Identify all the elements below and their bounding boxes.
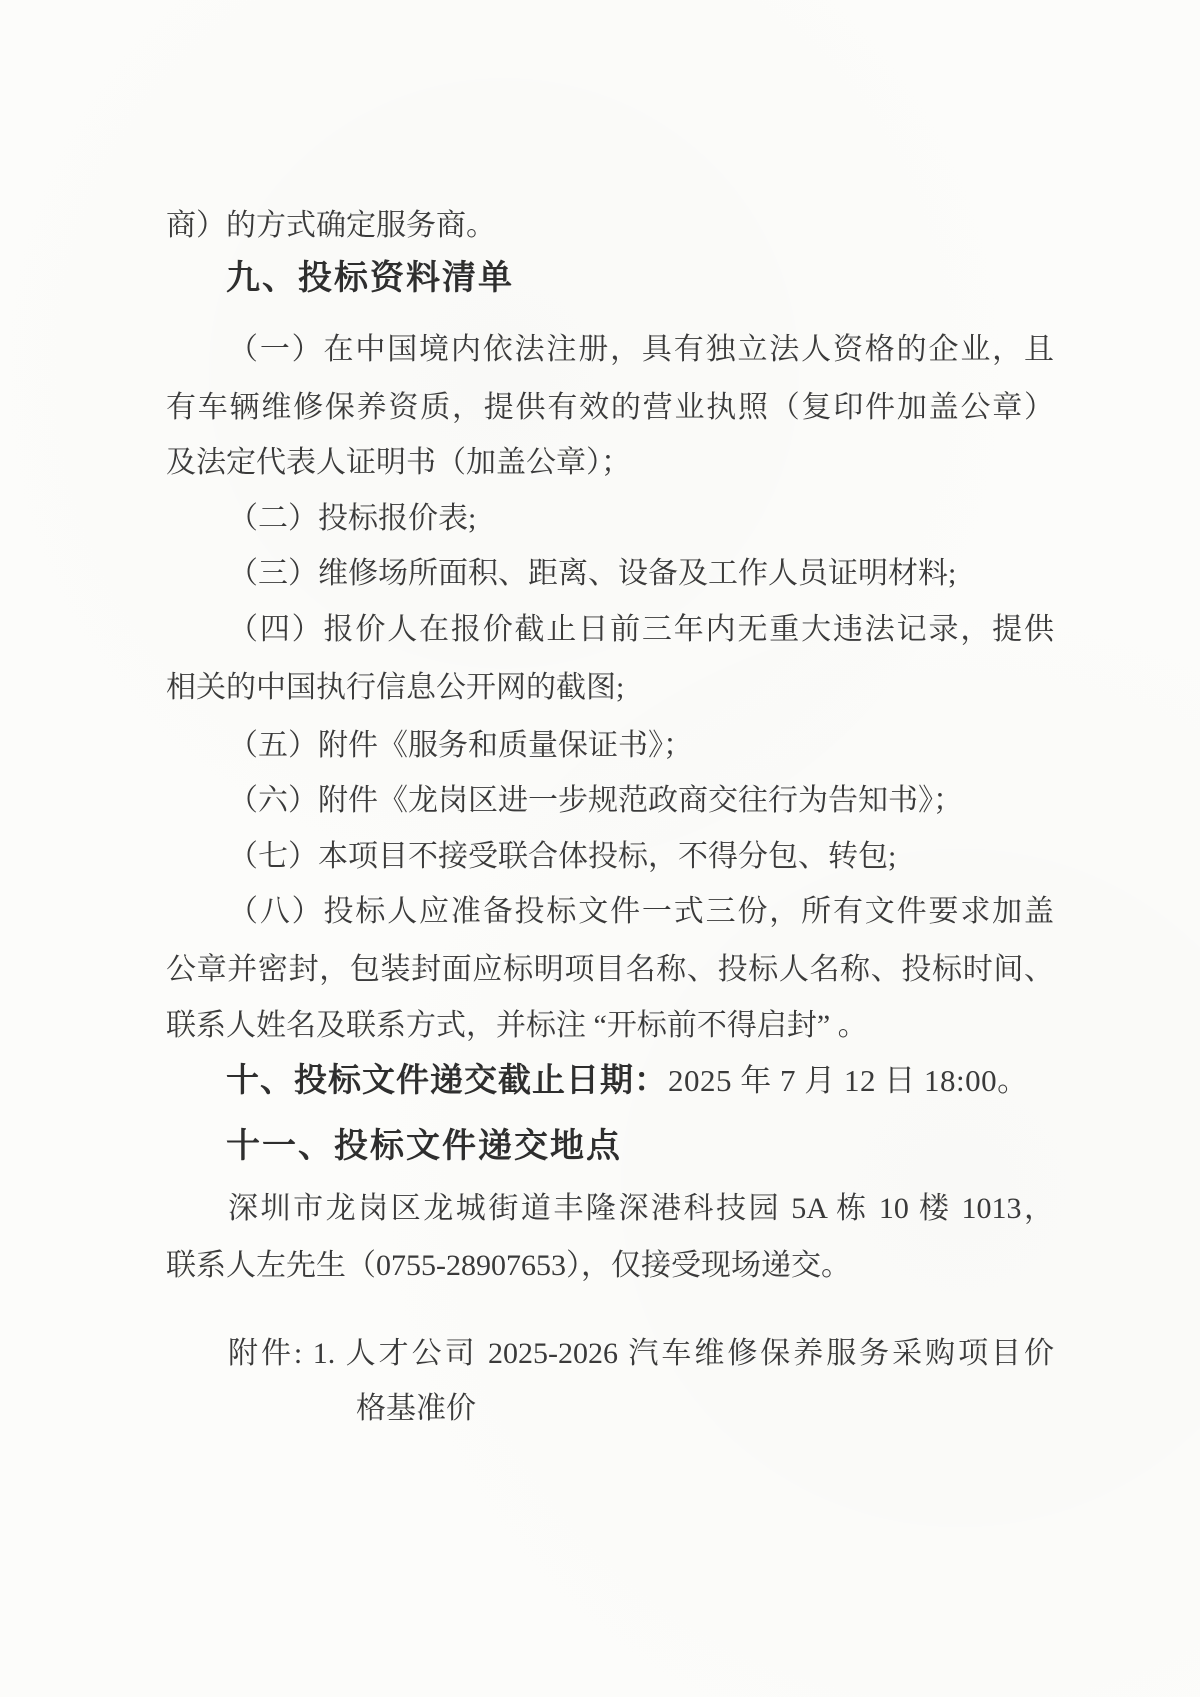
attachment-line-2: 格基准价 — [166, 1390, 1054, 1428]
section-10-heading-line: 十、投标文件递交截止日期：2025 年 7 月 12 日 18:00。 — [166, 1061, 1114, 1101]
body-line-continuation: 商）的方式确定服务商。 — [166, 207, 1054, 245]
section-11-heading: 十一、投标文件递交地点 — [166, 1127, 1114, 1165]
document-page: 商）的方式确定服务商。 九、投标资料清单 （一）在中国境内依法注册，具有独立法人… — [0, 0, 1200, 1697]
body-line-item-1b: 有车辆维修保养资质，提供有效的营业执照（复印件加盖公章） — [166, 389, 1054, 427]
body-line-address: 深圳市龙岗区龙城街道丰隆深港科技园 5A 栋 10 楼 1013， — [166, 1190, 1054, 1228]
body-line-item-4a: （四）报价人在报价截止日前三年内无重大违法记录，提供 — [166, 611, 1054, 649]
body-line-item-8b: 公章并密封，包装封面应标明项目名称、投标人名称、投标时间、 — [166, 951, 1054, 989]
attachment-line-1: 附件: 1. 人才公司 2025-2026 汽车维修保养服务采购项目价 — [166, 1335, 1054, 1373]
body-line-item-8c: 联系人姓名及联系方式，并标注 “开标前不得启封” 。 — [166, 1007, 1054, 1045]
body-line-item-3: （三）维修场所面积、距离、设备及工作人员证明材料; — [166, 555, 1054, 593]
body-line-item-4b: 相关的中国执行信息公开网的截图; — [166, 669, 1054, 707]
body-line-contact: 联系人左先生（0755-28907653），仅接受现场递交。 — [166, 1247, 1054, 1285]
body-line-item-2: （二）投标报价表; — [166, 500, 1054, 538]
body-line-item-1a: （一）在中国境内依法注册，具有独立法人资格的企业，且 — [166, 331, 1054, 369]
body-line-item-6: （六）附件《龙岗区进一步规范政商交往行为告知书》； — [166, 782, 1054, 820]
body-line-item-7: （七）本项目不接受联合体投标，不得分包、转包; — [166, 838, 1054, 876]
body-line-item-1c: 及法定代表人证明书（加盖公章）； — [166, 444, 1054, 482]
body-line-item-8a: （八）投标人应准备投标文件一式三份，所有文件要求加盖 — [166, 893, 1054, 931]
body-line-item-5: （五）附件《服务和质量保证书》； — [166, 727, 1054, 765]
section-10-heading-label: 十、投标文件递交截止日期： — [226, 1061, 668, 1098]
section-9-heading: 九、投标资料清单 — [166, 259, 1114, 297]
deadline-date-value: 2025 年 7 月 12 日 18:00。 — [668, 1063, 1029, 1098]
